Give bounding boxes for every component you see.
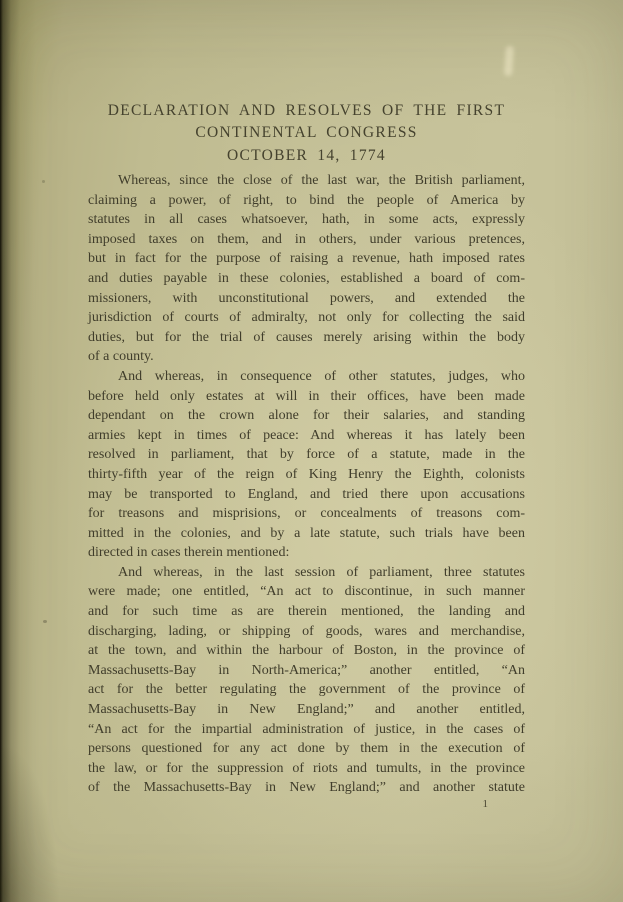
document-body: Whereas, since the close of the last war… <box>88 171 525 798</box>
title-line-3: OCTOBER 14, 1774 <box>88 145 525 167</box>
scan-speck <box>43 620 47 623</box>
text-line: Whereas, since the close of the last war… <box>88 171 525 191</box>
title-line-2: CONTINENTAL CONGRESS <box>88 122 525 144</box>
text-line: imposed taxes on them, and in others, un… <box>88 230 525 250</box>
text-line: before held only estates at will in thei… <box>88 387 525 407</box>
text-line: persons questioned for any act done by t… <box>88 739 525 759</box>
text-line: were made; one entitled, “An act to disc… <box>88 582 525 602</box>
text-line: armies kept in times of peace: And where… <box>88 426 525 446</box>
text-line: statutes in all cases whatsoever, hath, … <box>88 210 525 230</box>
document-title: DECLARATION AND RESOLVES OF THE FIRST CO… <box>88 100 525 167</box>
text-line: at the town, and within the harbour of B… <box>88 641 525 661</box>
text-line: of a county. <box>88 347 525 367</box>
scan-speck <box>42 180 45 183</box>
page-number: 1 <box>88 798 525 810</box>
scan-corner-shadow <box>0 742 60 902</box>
text-line: thirty-fifth year of the reign of King H… <box>88 465 525 485</box>
text-line: claiming a power, of right, to bind the … <box>88 191 525 211</box>
text-line: resolved in parliament, that by force of… <box>88 445 525 465</box>
text-line: but in fact for the purpose of raising a… <box>88 249 525 269</box>
text-line: And whereas, in consequence of other sta… <box>88 367 525 387</box>
text-line: dependant on the crown alone for their s… <box>88 406 525 426</box>
text-line: and duties payable in these colonies, es… <box>88 269 525 289</box>
text-line: act for the better regulating the govern… <box>88 680 525 700</box>
text-line: of the Massachusetts-Bay in New England;… <box>88 778 525 798</box>
text-line: discharging, lading, or shipping of good… <box>88 622 525 642</box>
text-line: And whereas, in the last session of parl… <box>88 563 525 583</box>
text-line: for treasons and misprisions, or conceal… <box>88 504 525 524</box>
text-line: missioners, with unconstitutional powers… <box>88 289 525 309</box>
text-line: Massachusetts-Bay in North-America;” ano… <box>88 661 525 681</box>
scan-light-streak <box>504 46 514 76</box>
text-line: duties, but for the trial of causes mere… <box>88 328 525 348</box>
text-line: the law, or for the suppression of riots… <box>88 759 525 779</box>
title-line-1: DECLARATION AND RESOLVES OF THE FIRST <box>88 100 525 122</box>
text-line: directed in cases therein mentioned: <box>88 543 525 563</box>
text-line: Massachusetts-Bay in New England;” and a… <box>88 700 525 720</box>
text-line: “An act for the impartial administration… <box>88 720 525 740</box>
text-line: mitted in the colonies, and by a late st… <box>88 524 525 544</box>
text-line: may be transported to England, and tried… <box>88 485 525 505</box>
text-line: and for such time as are therein mention… <box>88 602 525 622</box>
text-line: jurisdiction of courts of admiralty, not… <box>88 308 525 328</box>
scanned-book-page: DECLARATION AND RESOLVES OF THE FIRST CO… <box>0 0 623 902</box>
